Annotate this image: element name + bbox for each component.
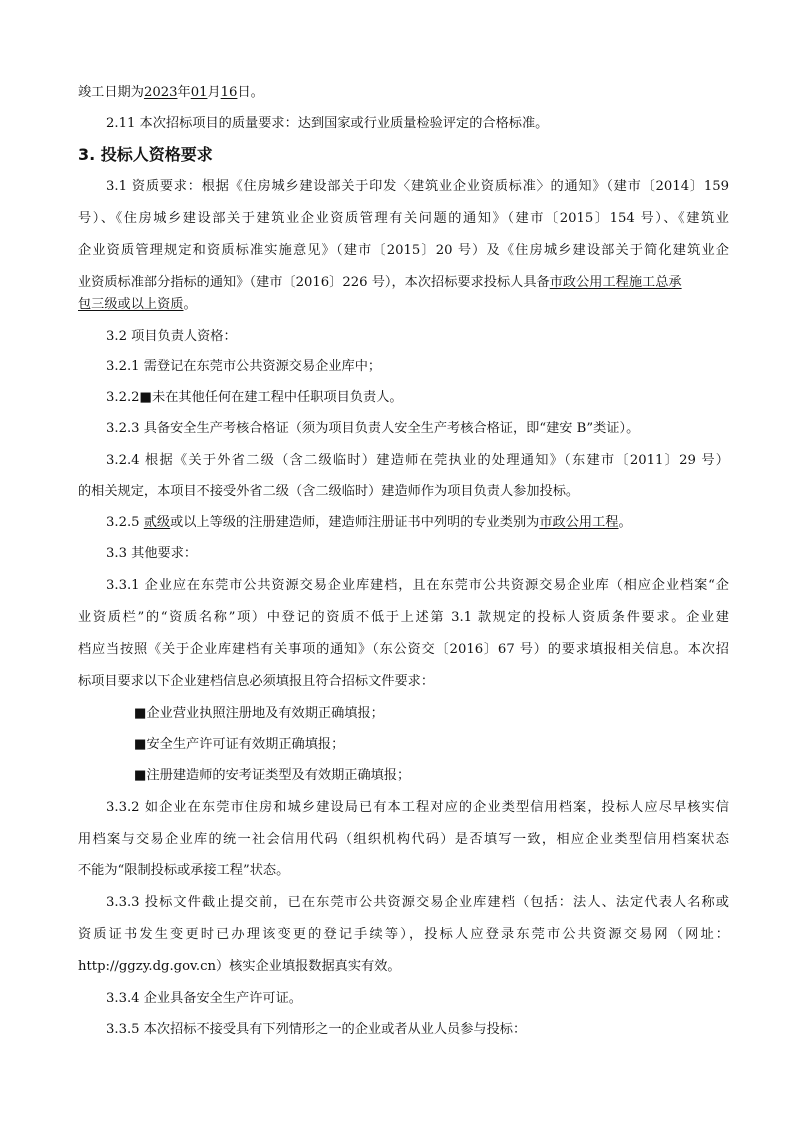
paragraph-line: 不能为“限制投标或承接工程”状态。 — [78, 861, 289, 881]
text: 3.2.5 — [106, 515, 144, 530]
specialty-underlined: 市政公用工程 — [539, 515, 618, 530]
text: 或以上等级的注册建造师，建造师注册证书中列明的专业类别为 — [170, 515, 539, 530]
paragraph-line: 3.1 资质要求：根据《住房城乡建设部关于印发〈建筑业企业资质标准〉的通知》（建… — [106, 177, 729, 197]
year-value: 2023 — [144, 85, 178, 100]
paragraph-line: 包三级或以上资质。 — [78, 295, 197, 315]
paragraph-line: 3.2.3 具备安全生产考核合格证（须为项目负责人安全生产考核合格证，即“建安 … — [106, 419, 639, 439]
paragraph-line: 用档案与交易企业库的统一社会信用代码（组织机构代码）是否填写一致，相应企业类型信… — [78, 830, 729, 850]
grade-underlined: 贰级 — [144, 515, 170, 530]
list-item: ■安全生产许可证有效期正确填报； — [134, 735, 344, 755]
subsection-title: 3.2 项目负责人资格： — [106, 327, 237, 347]
text: 。 — [619, 515, 632, 530]
paragraph-line: 3.2.1 需登记在东莞市公共资源交易企业库中； — [106, 357, 381, 377]
paragraph-line: 3.2.4 根据《关于外省二级（含二级临时）建造师在莞执业的处理通知》（东建市〔… — [106, 451, 729, 471]
paragraph-line: 业资质栏”的“资质名称”项）中登记的资质不低于上述第 3.1 款规定的投标人资质… — [78, 608, 729, 628]
day-value: 16 — [221, 85, 238, 100]
list-item: ■注册建造师的安考证类型及有效期正确填报； — [134, 766, 410, 786]
text: 日。 — [237, 85, 263, 100]
paragraph-line: 3.3.2 如企业在东莞市住房和城乡建设局已有本工程对应的企业类型信用档案，投标… — [106, 798, 729, 818]
paragraph-line: 业资质标准部分指标的通知》（建市〔2016〕226 号），本次招标要求投标人具备… — [78, 273, 682, 293]
paragraph-line: 档应当按照《关于企业库建档有关事项的通知》（东公资交〔2016〕67 号）的要求… — [78, 640, 729, 660]
text: 业资质标准部分指标的通知》（建市〔2016〕226 号），本次招标要求投标人具备 — [78, 275, 550, 290]
qualification-underlined: 市政公用工程施工总承 — [550, 275, 682, 290]
paragraph-line: 3.3.4 企业具备安全生产许可证。 — [106, 989, 302, 1009]
paragraph-line: 3.3.5 本次招标不接受具有下列情形之一的企业或者从业人员参与投标： — [106, 1020, 526, 1040]
paragraph-line: 3.2.5 贰级或以上等级的注册建造师，建造师注册证书中列明的专业类别为市政公用… — [106, 513, 632, 533]
text: 月 — [207, 85, 220, 100]
paragraph-line: 资质证书发生变更时已办理该变更的登记手续等），投标人应登录东莞市公共资源交易网（… — [78, 925, 729, 945]
list-item: ■企业营业执照注册地及有效期正确填报； — [134, 704, 384, 724]
paragraph-line: 3.3.3 投标文件截止提交前，已在东莞市公共资源交易企业库建档（包括：法人、法… — [106, 893, 729, 913]
quality-requirement: 2.11 本次招标项目的质量要求：达到国家或行业质量检验评定的合格标准。 — [106, 114, 548, 134]
text: 。 — [184, 297, 197, 312]
paragraph-line: 3.3.1 企业应在东莞市公共资源交易企业库建档，且在东莞市公共资源交易企业库（… — [106, 576, 729, 596]
paragraph-line: 号）、《住房城乡建设部关于建筑业企业资质管理有关问题的通知》（建市〔2015〕1… — [78, 209, 729, 229]
paragraph-line: http://ggzy.dg.gov.cn）核实企业填报数据真实有效。 — [78, 957, 401, 977]
paragraph-line: 企业资质管理规定和资质标准实施意见》（建市〔2015〕20 号）及《住房城乡建设… — [78, 241, 729, 261]
text: 竣工日期为 — [78, 85, 144, 100]
paragraph-line: 的相关规定，本项目不接受外省二级（含二级临时）建造师作为项目负责人参加投标。 — [78, 482, 579, 502]
month-value: 01 — [191, 85, 208, 100]
subsection-title: 3.3 其他要求： — [106, 544, 197, 564]
text: 年 — [178, 85, 191, 100]
completion-date-line: 竣工日期为2023年01月16日。 — [78, 83, 264, 103]
qualification-underlined: 包三级或以上资质 — [78, 297, 184, 312]
paragraph-line: 标项目要求以下企业建档信息必须填报且符合招标文件要求： — [78, 672, 434, 692]
section-heading: 3. 投标人资格要求 — [78, 145, 213, 165]
paragraph-line: 3.2.2■未在其他任何在建工程中任职项目负责人。 — [106, 388, 403, 408]
